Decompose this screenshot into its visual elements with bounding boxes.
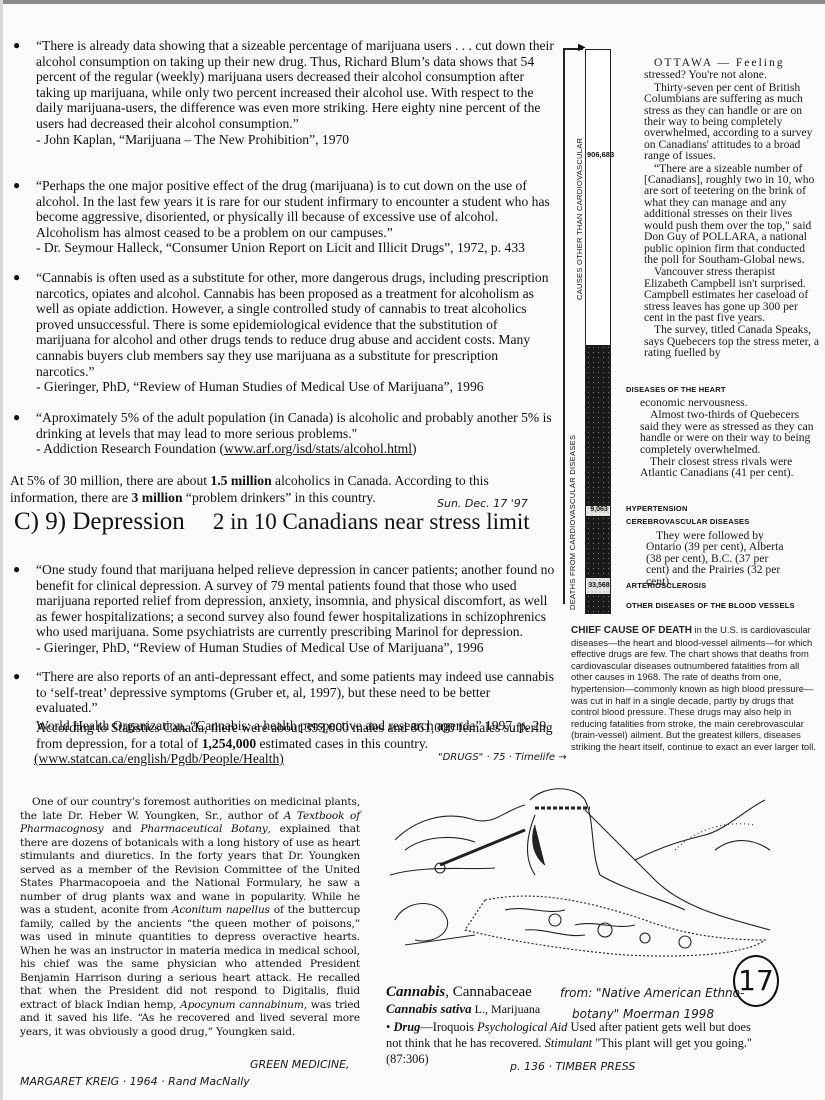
bullet-icon: ● [13, 410, 20, 426]
news-dateline: OTTAWA — Feeling [644, 57, 820, 68]
bullet-icon: ● [13, 669, 20, 685]
quote-arf: ● “Aproximately 5% of the adult populati… [10, 410, 555, 457]
scan-top-edge [0, 0, 825, 4]
species-common-name: L., Marijuana [472, 1002, 541, 1016]
stacked-bar: 906,683 9,063 33,568 [585, 49, 611, 614]
segment-value: 906,683 [587, 150, 611, 159]
summary-text: “problem drinkers” in this country. [183, 490, 376, 505]
quote-citation: - John Kaplan, “Marijuana – The New Proh… [36, 132, 555, 148]
excerpt-text: , explained that there are dozens of bot… [20, 823, 360, 916]
quote-gieringer-substitute: ● “Cannabis is often used as a substitut… [10, 270, 555, 395]
stats-text: estimated cases in this country. [256, 736, 428, 751]
handwritten-source-2: MARGARET KREIG · 1964 · Rand MacNally [20, 1075, 250, 1088]
species-name: Apocynum cannabinum [180, 999, 304, 1011]
segment-value: 33,568 [587, 582, 611, 589]
handwritten-source-1: GREEN MEDICINE, [250, 1058, 350, 1071]
segment-arteriosclerosis: 33,568 [586, 578, 610, 594]
summary-text: At 5% of 30 million, there are about [10, 473, 210, 488]
handwritten-date: Sun. Dec. 17 '97 [437, 497, 528, 510]
bullet-icon: ● [13, 38, 20, 54]
drug-category: Psychological Aid [477, 1020, 567, 1034]
quote-citation: - Gieringer, PhD, “Review of Human Studi… [36, 379, 555, 395]
drug-text: —Iroquois [420, 1020, 477, 1034]
species-name: Aconitum napellus [172, 904, 270, 916]
page-number: 17 [733, 955, 779, 1007]
quote-kaplan: ● “There is already data showing that a … [10, 38, 555, 147]
segment-value: 9,063 [587, 506, 611, 513]
quote-citation: - Addiction Research Foundation (www.arf… [36, 441, 555, 457]
news-paragraph: They were followed by Ontario (39 per ce… [646, 530, 794, 587]
section-heading: C) 9) Depression [14, 508, 185, 535]
caption-text: in the U.S. is cardiovascular diseases—t… [571, 624, 816, 752]
drug-label: Drug [393, 1020, 420, 1034]
news-paragraph: Their closest stress rivals were Atlanti… [640, 456, 820, 479]
quote-text: “Aproximately 5% of the adult population… [36, 410, 555, 441]
category-other-vessels: OTHER DISEASES OF THE BLOOD VESSELS [626, 601, 795, 610]
scan-left-edge [0, 0, 3, 1100]
youngken-paragraph: One of our country’s foremost authoritie… [20, 796, 360, 1039]
caption-heading: CHIEF CAUSE OF DEATH [571, 625, 692, 636]
news-article-part2: economic nervousness. Almost two-thirds … [640, 397, 820, 480]
section-heading-row: C) 9) Depression 2 in 10 Canadians near … [14, 508, 530, 536]
quote-halleck: ● “Perhaps the one major positive effect… [10, 178, 555, 256]
quote-text: “Perhaps the one major positive effect o… [36, 178, 555, 240]
bullet-icon: ● [13, 270, 20, 286]
handwritten-source-3: from: "Native American Ethno- [560, 986, 744, 1000]
segment-other-vessels [586, 594, 610, 613]
quote-text: “One study found that marijuana helped r… [36, 562, 555, 640]
citation-suffix: ) [412, 441, 417, 456]
excerpt-text: and [103, 823, 140, 835]
chart-caption: CHIEF CAUSE OF DEATH in the U.S. is card… [571, 624, 821, 753]
news-paragraph: Vancouver stress therapist Elizabeth Cam… [644, 266, 820, 323]
species-name: Cannabis sativa [386, 1001, 472, 1016]
category-hypertension: HYPERTENSION [626, 504, 688, 513]
quote-citation: - Gieringer, PhD, “Review of Human Studi… [36, 640, 555, 656]
news-paragraph: economic nervousness. [640, 397, 820, 408]
problem-drinkers-count: 3 million [132, 490, 183, 505]
quote-gieringer-depression: ● “One study found that marijuana helped… [10, 562, 555, 656]
news-paragraph: Almost two-thirds of Quebecers said they… [640, 409, 820, 455]
family-name: , Cannabaceae [445, 984, 532, 1000]
citation-prefix: - Addiction Research Foundation ( [36, 441, 224, 456]
youngken-excerpt: One of our country’s foremost authoritie… [20, 796, 360, 1039]
depression-total: 1,254,000 [202, 736, 256, 751]
excerpt-text: of the buttercup family, called by the a… [20, 904, 360, 1011]
category-cerebrovascular: CEREBROVASCULAR DISEASES [626, 517, 749, 526]
segment-cerebrovascular [586, 516, 610, 578]
alcoholics-count: 1.5 million [210, 473, 271, 488]
segment-hypertension: 9,063 [586, 506, 610, 516]
hermit-smoking-illustration [385, 780, 775, 960]
handwritten-drugs-ref: "DRUGS" · 75 · Timelife → [438, 752, 567, 763]
segment-heart [586, 345, 610, 506]
handwritten-source-4: botany" Moerman 1998 [572, 1007, 714, 1021]
news-article-part1: OTTAWA — Feeling stressed? You're not al… [644, 57, 820, 360]
group-label-cardio: DEATHS FROM CARDIOVASCULAR DISEASES [568, 435, 577, 610]
chart-bracket-line [563, 48, 565, 604]
segment-other-causes: 906,683 [586, 50, 610, 345]
statcan-link[interactable]: (www.statcan.ca/english/Pgdb/People/Heal… [34, 751, 284, 766]
drug-category: Stimulant [545, 1036, 593, 1050]
quote-text: “There are also reports of an anti-depre… [36, 669, 555, 716]
news-paragraph: The survey, titled Canada Speaks, says Q… [644, 324, 820, 358]
news-article-part3: They were followed by Ontario (39 per ce… [646, 530, 794, 588]
news-paragraph: stressed? You're not alone. [644, 69, 820, 80]
news-headline: 2 in 10 Canadians near stress limit [213, 509, 530, 534]
category-heart: DISEASES OF THE HEART [626, 385, 726, 394]
quote-text: “Cannabis is often used as a substitute … [36, 270, 555, 379]
arf-link[interactable]: www.arf.org/isd/stats/alcohol.html [224, 441, 412, 456]
bullet-icon: ● [13, 562, 20, 578]
handwritten-source-5: p. 136 · TIMBER PRESS [510, 1060, 635, 1073]
quote-citation: - Dr. Seymour Halleck, “Consumer Union R… [36, 240, 555, 256]
book-title: Pharmaceutical Botany [140, 823, 267, 835]
news-paragraph: Thirty-seven per cent of British Columbi… [644, 82, 820, 162]
genus-name: Cannabis [386, 984, 445, 1000]
group-label-other: CAUSES OTHER THAN CARDIOVASCULAR [575, 138, 584, 300]
news-paragraph: “There are a sizeable number of [Canadia… [644, 163, 820, 266]
quote-text: “There is already data showing that a si… [36, 38, 555, 132]
bullet-icon: ● [13, 178, 20, 194]
